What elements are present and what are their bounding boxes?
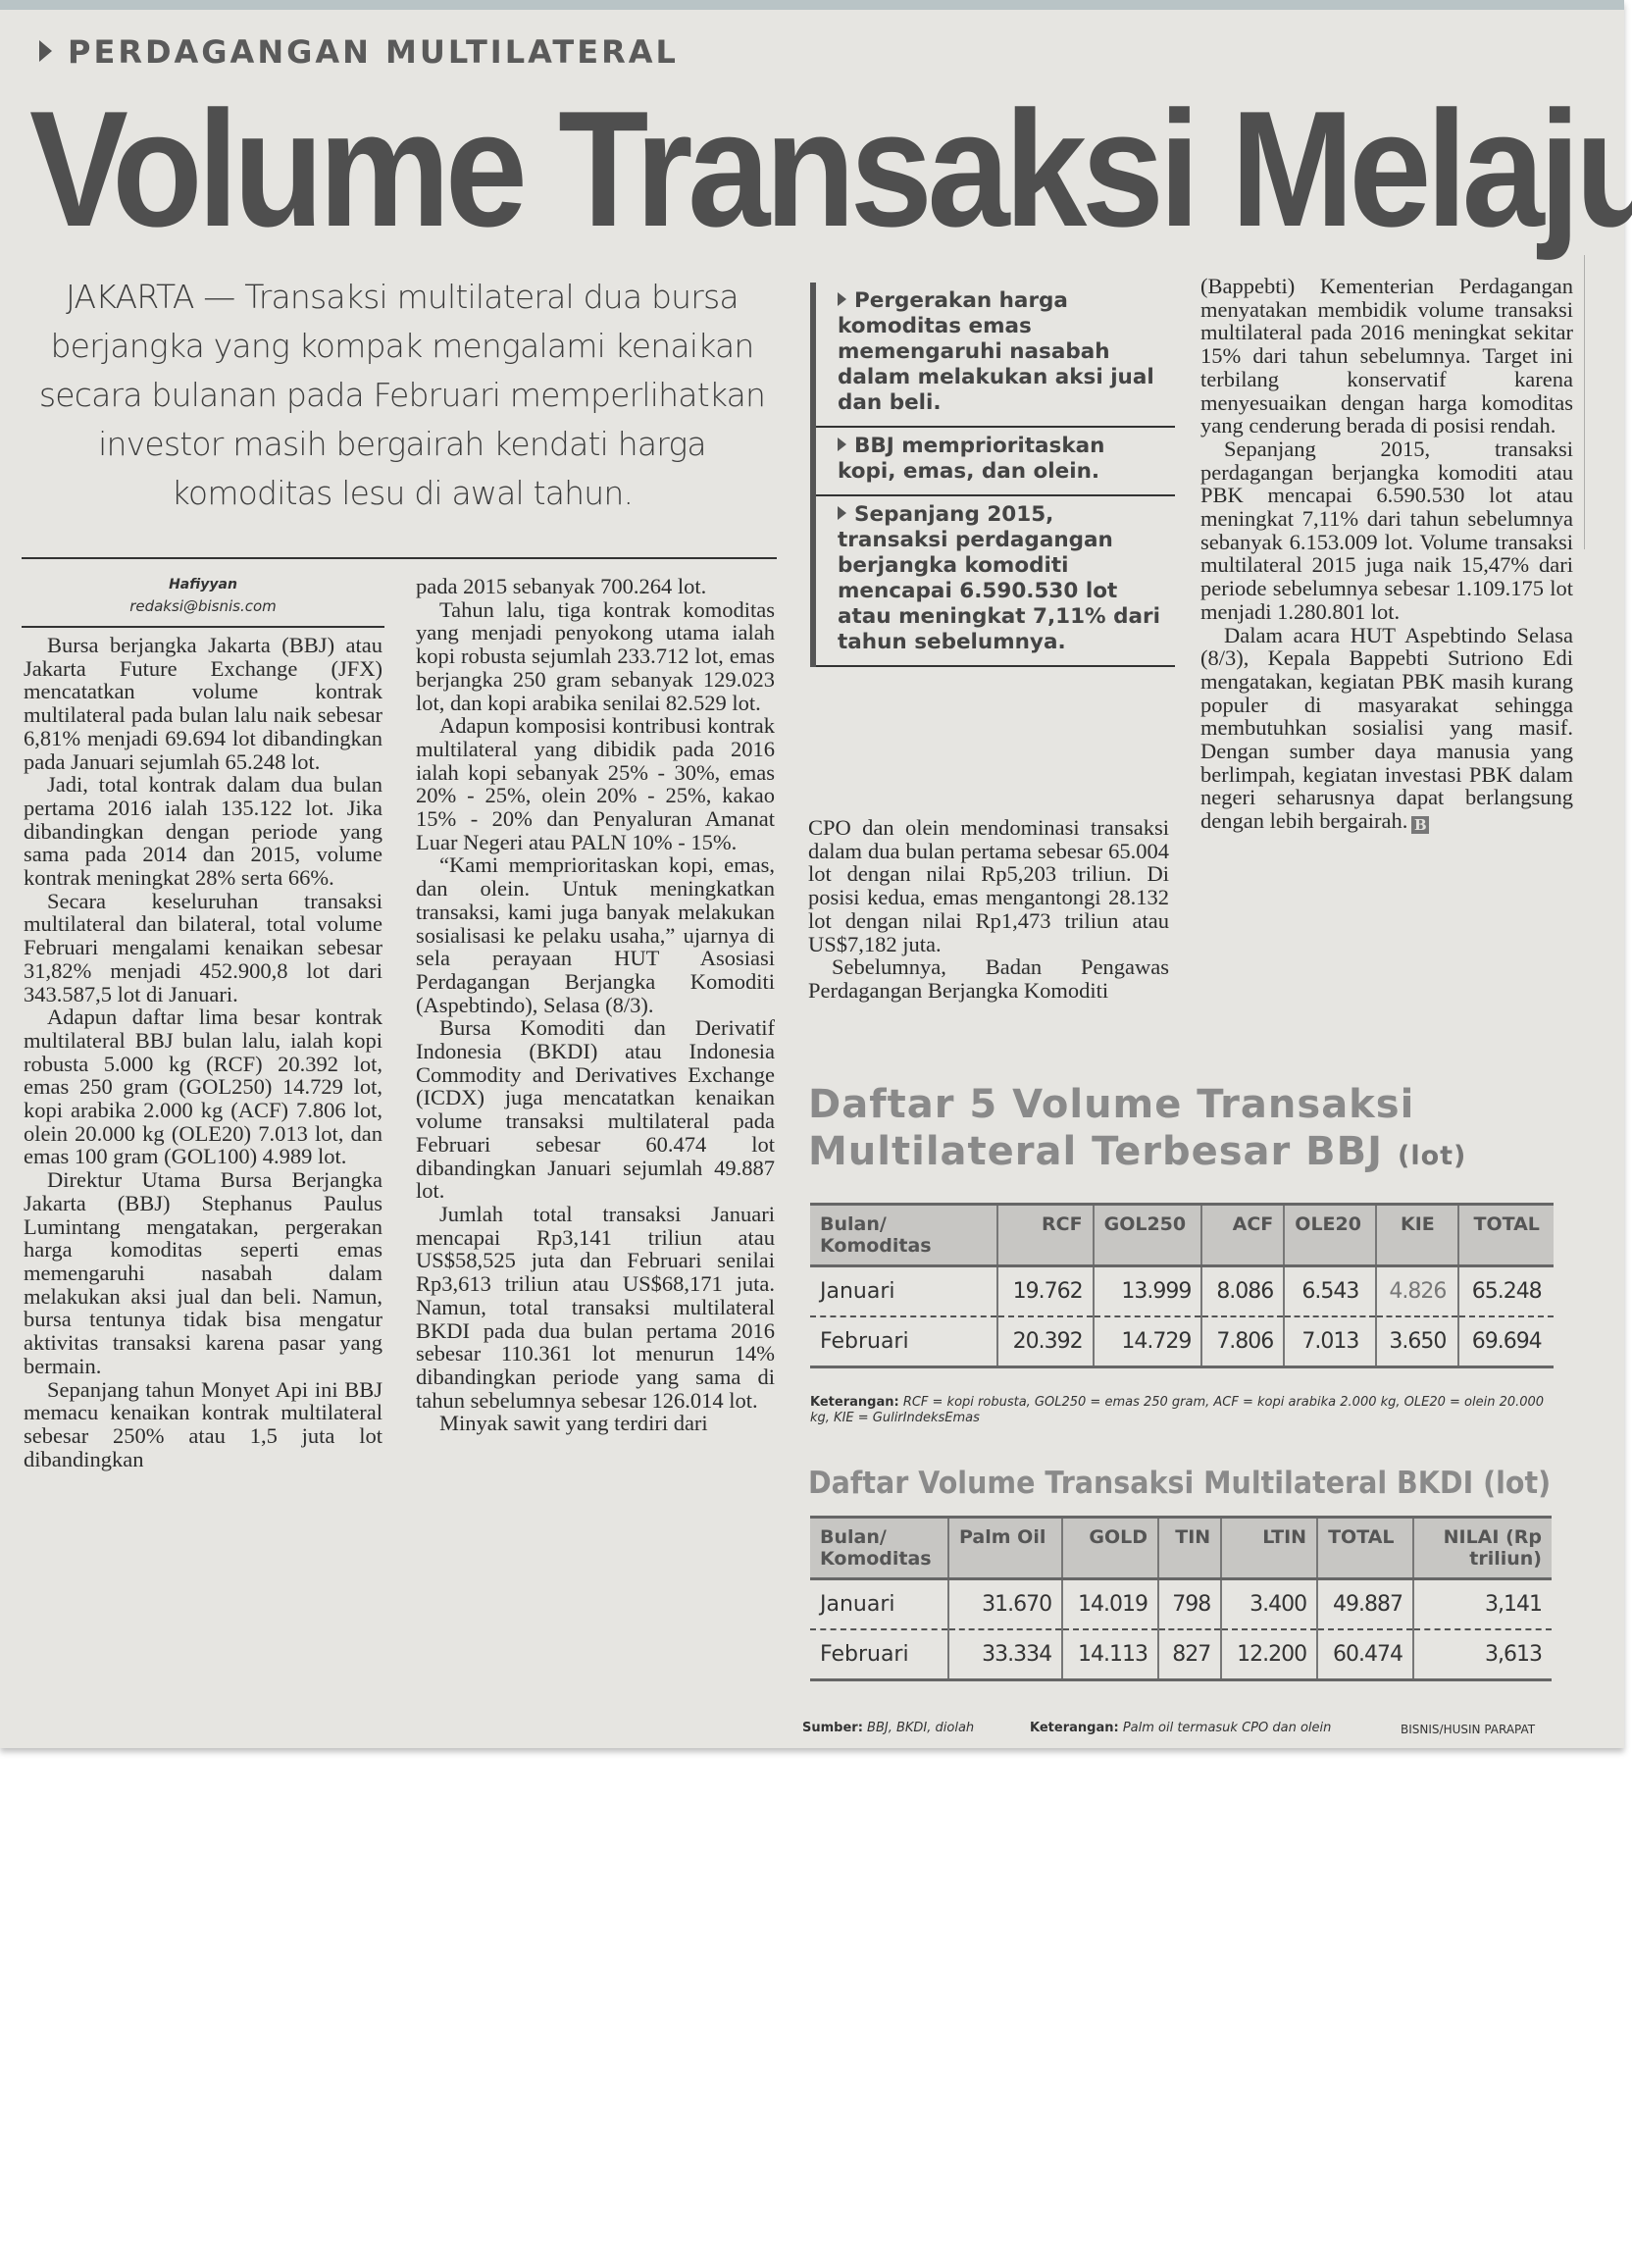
paragraph: Bursa berjangka Jakarta (BBJ) atau Jakar…	[24, 634, 382, 773]
table1-title: Daftar 5 Volume Transaksi Multilateral T…	[808, 1081, 1624, 1180]
cell: 60.474	[1317, 1629, 1413, 1680]
source-label: Sumber:	[802, 1721, 863, 1735]
column-header: Palm Oil	[948, 1518, 1062, 1579]
cell: 6.543	[1284, 1266, 1376, 1317]
cell: 65.248	[1458, 1266, 1554, 1317]
paragraph: Adapun daftar lima besar kontrak multila…	[24, 1005, 382, 1168]
lede-divider	[22, 557, 777, 559]
pullquote-item: BBJ memprioritaskan kopi, emas, dan olei…	[816, 428, 1175, 496]
pullquote-text: Sepanjang 2015, transaksi perdagangan be…	[838, 502, 1160, 654]
table2-source: Sumber: BBJ, BKDI, diolah	[802, 1721, 974, 1736]
cell: 14.729	[1094, 1316, 1202, 1367]
paragraph: Bursa Komoditi dan Derivatif Indonesia (…	[416, 1016, 775, 1203]
paragraph: Sebelumnya, Badan Pengawas Perdagangan B…	[808, 955, 1169, 1002]
byline-author: Hafiyyan	[22, 574, 384, 595]
cell: 827	[1158, 1629, 1221, 1680]
column-header: RCF	[997, 1205, 1094, 1266]
paragraph: Sepanjang 2015, transaksi perdagangan be…	[1200, 438, 1573, 624]
cell: 13.999	[1094, 1266, 1202, 1317]
byline-divider	[22, 626, 384, 628]
note-text: Palm oil termasuk CPO dan olein	[1123, 1721, 1332, 1735]
paragraph: Sepanjang tahun Monyet Api ini BBJ memac…	[24, 1378, 382, 1471]
cell: 20.392	[997, 1316, 1094, 1367]
table-bbj: Bulan/ Komoditas RCF GOL250 ACF OLE20 KI…	[810, 1203, 1554, 1368]
column-header: TOTAL	[1458, 1205, 1554, 1266]
row-label: Februari	[810, 1629, 948, 1680]
cell: 3.400	[1221, 1579, 1317, 1630]
cell: 19.762	[997, 1266, 1094, 1317]
cell: 69.694	[1458, 1316, 1554, 1367]
table2-note: Keterangan: Palm oil termasuk CPO dan ol…	[1030, 1721, 1331, 1736]
table2-title: Daftar Volume Transaksi Multilateral BKD…	[808, 1466, 1551, 1501]
byline: Hafiyyan redaksi@bisnis.com	[22, 574, 384, 617]
pullquote-item: Sepanjang 2015, transaksi perdagangan be…	[816, 496, 1175, 667]
table-bkdi: Bulan/ Komoditas Palm Oil GOLD TIN LTIN …	[810, 1516, 1552, 1681]
pullquote-text: Pergerakan harga komoditas emas memengar…	[838, 288, 1154, 415]
note-text: RCF = kopi robusta, GOL250 = emas 250 gr…	[810, 1395, 1544, 1425]
table-row: Februari 33.334 14.113 827 12.200 60.474…	[810, 1629, 1552, 1680]
paragraph: Dalam acara HUT Aspebtindo Selasa (8/3),…	[1200, 624, 1573, 835]
table1-note: Keterangan: RCF = kopi robusta, GOL250 =…	[810, 1395, 1555, 1426]
table-header-row: Bulan/ Komoditas RCF GOL250 ACF OLE20 KI…	[810, 1205, 1554, 1266]
lede-paragraph: JAKARTA — Transaksi multilateral dua bur…	[25, 273, 780, 518]
column-header: TIN	[1158, 1518, 1221, 1579]
column-header: KIE	[1376, 1205, 1458, 1266]
table-row: Februari 20.392 14.729 7.806 7.013 3.650…	[810, 1316, 1554, 1367]
cell: 7.013	[1284, 1316, 1376, 1367]
paragraph: Jumlah total transaksi Januari mencapai …	[416, 1203, 775, 1412]
cell: 8.086	[1201, 1266, 1284, 1317]
cell: 3.650	[1376, 1316, 1458, 1367]
triangle-bullet-icon	[39, 40, 52, 62]
column-rule	[1584, 255, 1585, 549]
cell: 3,613	[1413, 1629, 1552, 1680]
paragraph: Adapun komposisi kontribusi kontrak mult…	[416, 714, 775, 853]
rubric-label: PERDAGANGAN MULTILATERAL	[68, 33, 679, 71]
row-label: Januari	[810, 1266, 997, 1317]
article-column-2: pada 2015 sebanyak 700.264 lot. Tahun la…	[416, 575, 775, 1435]
column-header: GOLD	[1062, 1518, 1158, 1579]
pullquote-text: BBJ memprioritaskan kopi, emas, dan olei…	[838, 434, 1104, 484]
triangle-bullet-icon	[838, 506, 846, 520]
paragraph-text: Dalam acara HUT Aspebtindo Selasa (8/3),…	[1200, 623, 1573, 834]
column-header: GOL250	[1094, 1205, 1202, 1266]
row-label: Januari	[810, 1579, 948, 1630]
note-label: Keterangan:	[1030, 1721, 1119, 1735]
paragraph: pada 2015 sebanyak 700.264 lot.	[416, 575, 775, 598]
section-rubric: PERDAGANGAN MULTILATERAL	[39, 33, 679, 71]
article-column-3: CPO dan olein mendominasi transaksi dala…	[808, 816, 1169, 1003]
table1-unit: (lot)	[1398, 1141, 1466, 1171]
column-header: OLE20	[1284, 1205, 1376, 1266]
source-text: BBJ, BKDI, diolah	[867, 1721, 974, 1735]
cell: 3,141	[1413, 1579, 1552, 1630]
cell: 33.334	[948, 1629, 1062, 1680]
note-label: Keterangan:	[810, 1395, 899, 1410]
cell: 14.019	[1062, 1579, 1158, 1630]
column-header: TOTAL	[1317, 1518, 1413, 1579]
paragraph: Direktur Utama Bursa Berjangka Jakarta (…	[24, 1168, 382, 1377]
table-header-row: Bulan/ Komoditas Palm Oil GOLD TIN LTIN …	[810, 1518, 1552, 1579]
triangle-bullet-icon	[838, 438, 846, 451]
table1-title-text: Daftar 5 Volume Transaksi Multilateral T…	[808, 1082, 1414, 1174]
column-header: NILAI (Rp triliun)	[1413, 1518, 1552, 1579]
cell: 14.113	[1062, 1629, 1158, 1680]
table-row: Januari 19.762 13.999 8.086 6.543 4.826 …	[810, 1266, 1554, 1317]
pullquote-item: Pergerakan harga komoditas emas memengar…	[816, 283, 1175, 428]
paragraph: “Kami memprioritaskan kopi, emas, dan ol…	[416, 853, 775, 1016]
column-header: ACF	[1201, 1205, 1284, 1266]
row-label: Februari	[810, 1316, 997, 1367]
byline-email: redaksi@bisnis.com	[22, 595, 384, 617]
triangle-bullet-icon	[838, 292, 846, 306]
graphic-credit: BISNIS/HUSIN PARAPAT	[1401, 1722, 1535, 1737]
column-header: LTIN	[1221, 1518, 1317, 1579]
paragraph: Tahun lalu, tiga kontrak komoditas yang …	[416, 598, 775, 715]
column-header: Bulan/ Komoditas	[810, 1205, 997, 1266]
article-column-4: (Bappebti) Kementerian Perdagangan menya…	[1200, 275, 1573, 834]
cell: 7.806	[1201, 1316, 1284, 1367]
cell: 798	[1158, 1579, 1221, 1630]
cell: 4.826	[1376, 1266, 1458, 1317]
cell: 12.200	[1221, 1629, 1317, 1680]
paragraph: Secara keseluruhan transaksi multilatera…	[24, 890, 382, 1006]
cell: 31.670	[948, 1579, 1062, 1630]
table-row: Januari 31.670 14.019 798 3.400 49.887 3…	[810, 1579, 1552, 1630]
paragraph: CPO dan olein mendominasi transaksi dala…	[808, 816, 1169, 955]
bisnis-logo-icon: B	[1411, 816, 1429, 834]
pullquote-box: Pergerakan harga komoditas emas memengar…	[810, 283, 1175, 667]
paragraph: Jadi, total kontrak dalam dua bulan pert…	[24, 773, 382, 890]
paragraph: (Bappebti) Kementerian Perdagangan menya…	[1200, 275, 1573, 438]
newspaper-page: PERDAGANGAN MULTILATERAL Volume Transaks…	[0, 0, 1624, 1748]
paragraph: Minyak sawit yang terdiri dari	[416, 1412, 775, 1435]
cell: 49.887	[1317, 1579, 1413, 1630]
headline: Volume Transaksi Melaju	[29, 86, 1632, 251]
column-header: Bulan/ Komoditas	[810, 1518, 948, 1579]
article-column-1: Bursa berjangka Jakarta (BBJ) atau Jakar…	[24, 634, 382, 1470]
